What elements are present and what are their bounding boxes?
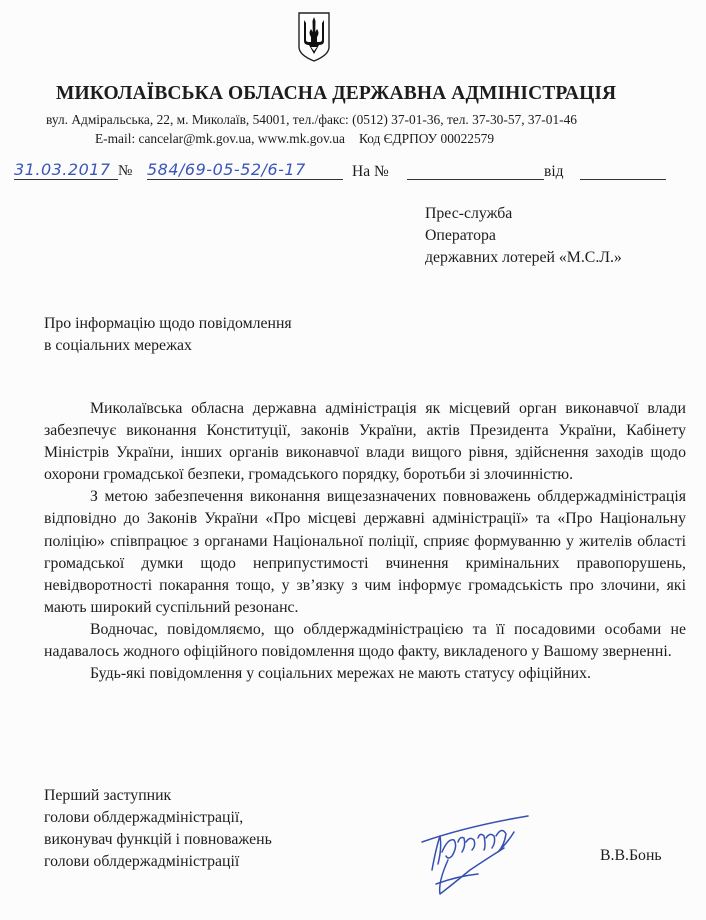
letter-body: Миколаївська обласна державна адміністра… <box>44 398 686 685</box>
body-paragraph: Водночас, повідомляємо, що облдержадміні… <box>44 619 686 663</box>
subject-line: Про інформацію щодо повідомлення <box>44 313 292 335</box>
recipient-block: Прес-служба Оператора державних лотерей … <box>425 203 622 269</box>
position-line: Перший заступник <box>44 785 272 807</box>
recipient-line: державних лотерей «М.С.Л.» <box>425 247 622 269</box>
outgoing-number: 584/69-05-52/6-17 <box>147 160 343 180</box>
body-paragraph: З метою забезпечення виконання вищезазна… <box>44 486 686 619</box>
number-label: № <box>118 163 132 180</box>
trident-coat-of-arms-icon <box>297 11 331 63</box>
position-line: голови облдержадміністрації <box>44 851 272 873</box>
reply-to-label: На № <box>352 163 389 181</box>
signer-position: Перший заступник голови облдержадміністр… <box>44 785 272 873</box>
organization-title: МИКОЛАЇВСЬКА ОБЛАСНА ДЕРЖАВНА АДМІНІСТРА… <box>0 83 706 105</box>
recipient-line: Оператора <box>425 225 622 247</box>
from-date-blank <box>580 179 666 180</box>
email-website: E-mail: cancelar@mk.gov.ua, www.mk.gov.u… <box>95 131 345 146</box>
outgoing-date: 31.03.2017 <box>14 160 118 180</box>
edrpou-code: Код ЄДРПОУ 00022579 <box>359 131 494 146</box>
recipient-line: Прес-служба <box>425 203 622 225</box>
reply-to-number-blank <box>407 179 544 180</box>
contacts-line: E-mail: cancelar@mk.gov.ua, www.mk.gov.u… <box>95 131 494 147</box>
subject-block: Про інформацію щодо повідомлення в соціа… <box>44 313 292 357</box>
position-line: голови облдержадміністрації, <box>44 807 272 829</box>
address-line: вул. Адміральська, 22, м. Миколаїв, 5400… <box>46 112 577 128</box>
letter-page: МИКОЛАЇВСЬКА ОБЛАСНА ДЕРЖАВНА АДМІНІСТРА… <box>0 0 706 920</box>
position-line: виконувач функцій і повноважень <box>44 829 272 851</box>
signer-name: В.В.Бонь <box>600 847 662 865</box>
subject-line: в соціальних мережах <box>44 335 292 357</box>
from-date-label: від <box>544 163 564 181</box>
body-paragraph: Миколаївська обласна державна адміністра… <box>44 398 686 486</box>
body-paragraph: Будь-які повідомлення у соціальних мереж… <box>44 663 686 685</box>
handwritten-signature-icon <box>418 812 536 902</box>
